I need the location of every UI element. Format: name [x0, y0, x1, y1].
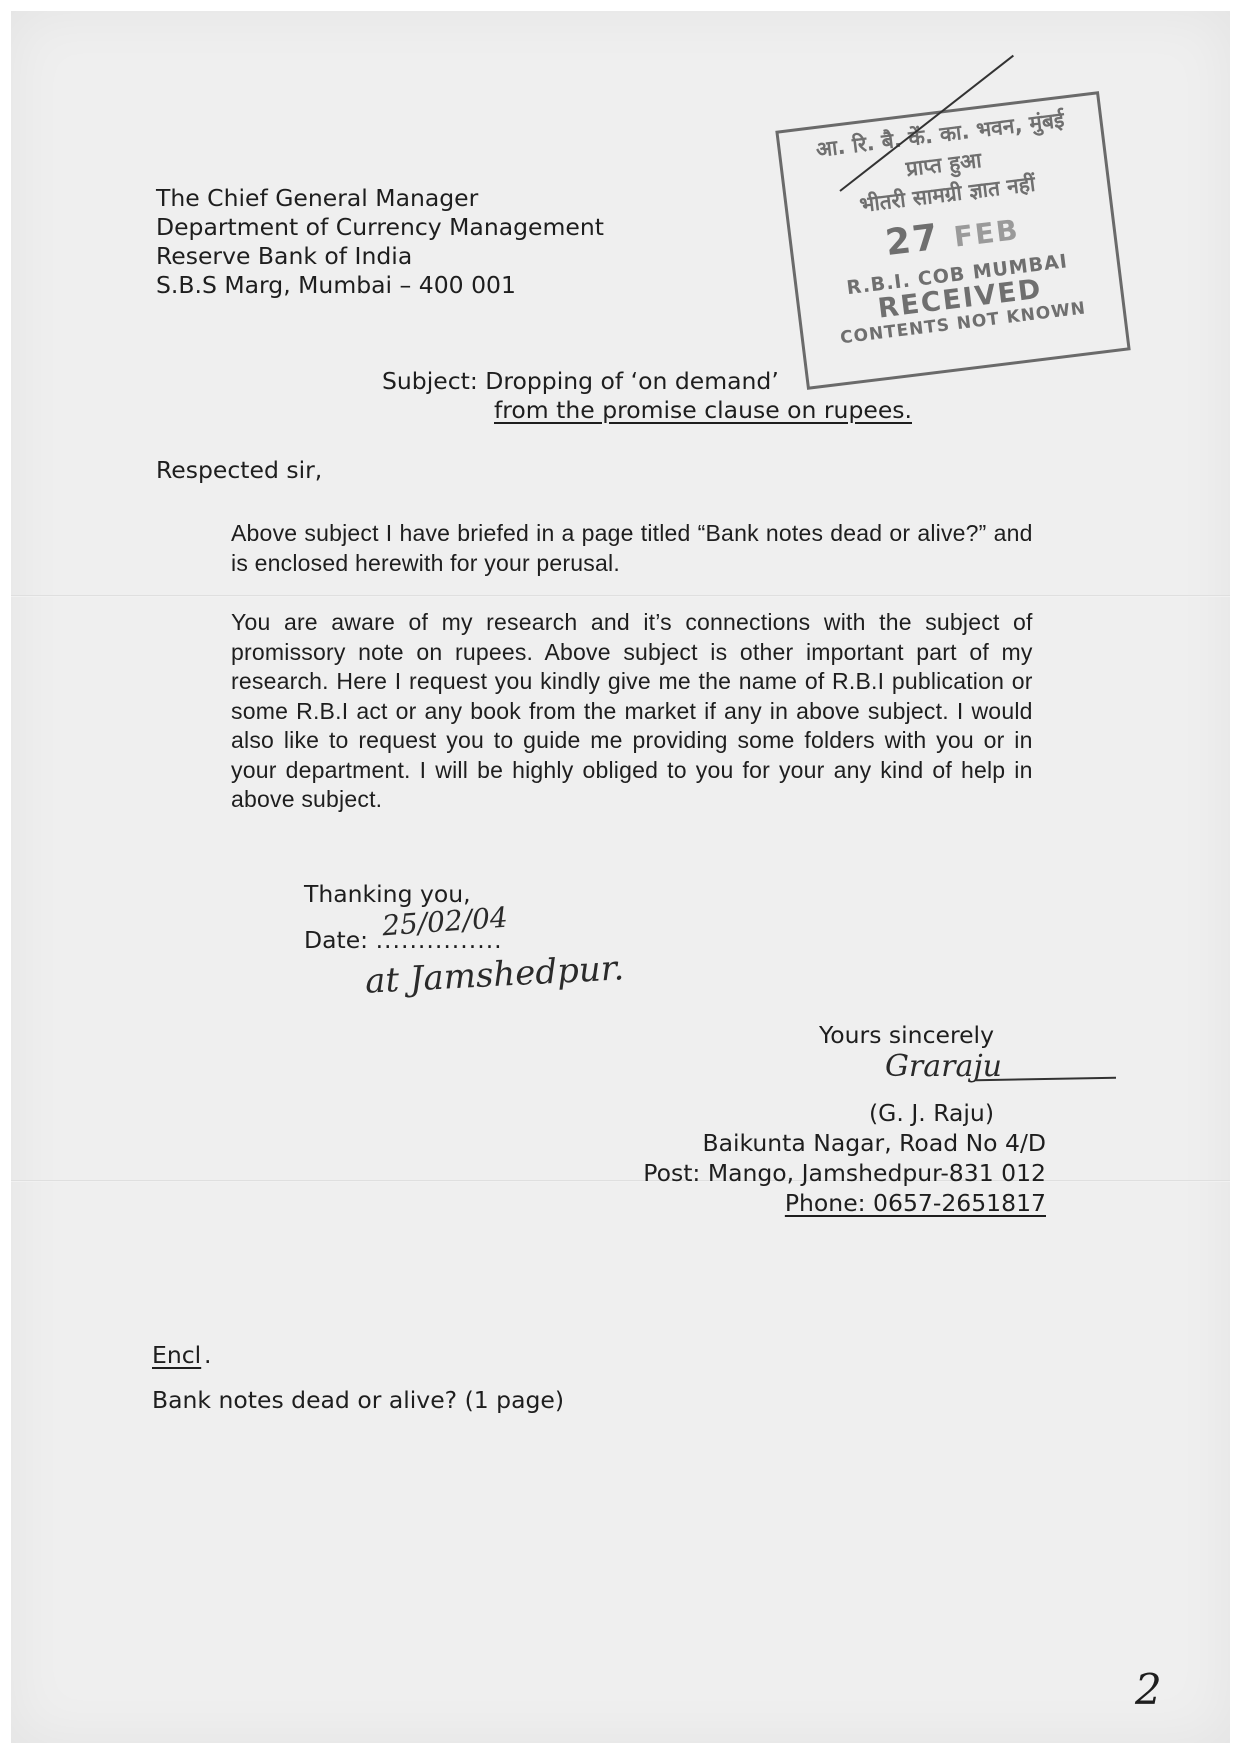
date-label: Date:	[304, 926, 368, 954]
subject-label: Subject:	[382, 367, 478, 395]
subject-line2: from the promise clause on rupees.	[382, 396, 912, 425]
signature-block: Yours sincerely Graraju (G. J. Raju) Bai…	[643, 1020, 1046, 1218]
enclosure-item: Bank notes dead or alive? (1 page)	[152, 1386, 564, 1415]
recipient-line: S.B.S Marg, Mumbai – 400 001	[156, 271, 604, 300]
salutation: Respected sir,	[156, 456, 322, 485]
enclosure-label: Encl	[152, 1341, 201, 1370]
enclosure-label-text: Encl	[152, 1341, 201, 1369]
sender-address-line1: Baikunta Nagar, Road No 4/D	[643, 1128, 1046, 1158]
recipient-line: The Chief General Manager	[156, 184, 604, 213]
sender-name: (G. J. Raju)	[643, 1098, 994, 1128]
paper-fold-line	[11, 1180, 1230, 1182]
body-paragraph-1: Above subject I have briefed in a page t…	[231, 519, 1033, 578]
valediction: Yours sincerely	[643, 1020, 994, 1050]
sender-address-line2: Post: Mango, Jamshedpur-831 012	[643, 1158, 1046, 1188]
signature-scrawl: Graraju	[885, 1052, 1002, 1082]
recipient-line: Reserve Bank of India	[156, 242, 604, 271]
stamp-month: FEB	[952, 213, 1021, 254]
subject-line1: Dropping of ‘on demand’	[485, 367, 779, 395]
recipient-address: The Chief General Manager Department of …	[156, 184, 604, 300]
paper-fold-line	[11, 595, 1230, 597]
page-number: 2	[1135, 1665, 1162, 1714]
sender-phone: Phone: 0657-2651817	[643, 1188, 1046, 1218]
received-stamp: आ. रि. बै. कें. का. भवन, मुंबई प्राप्त ह…	[775, 91, 1130, 390]
body-paragraph-2: You are aware of my research and it’s co…	[231, 608, 1033, 815]
subject: Subject: Dropping of ‘on demand’ from th…	[382, 367, 912, 425]
signature: Graraju	[643, 1050, 1046, 1098]
enclosure-label-dot: .	[204, 1341, 211, 1370]
recipient-line: Department of Currency Management	[156, 213, 604, 242]
stamp-day: 27	[883, 217, 942, 264]
